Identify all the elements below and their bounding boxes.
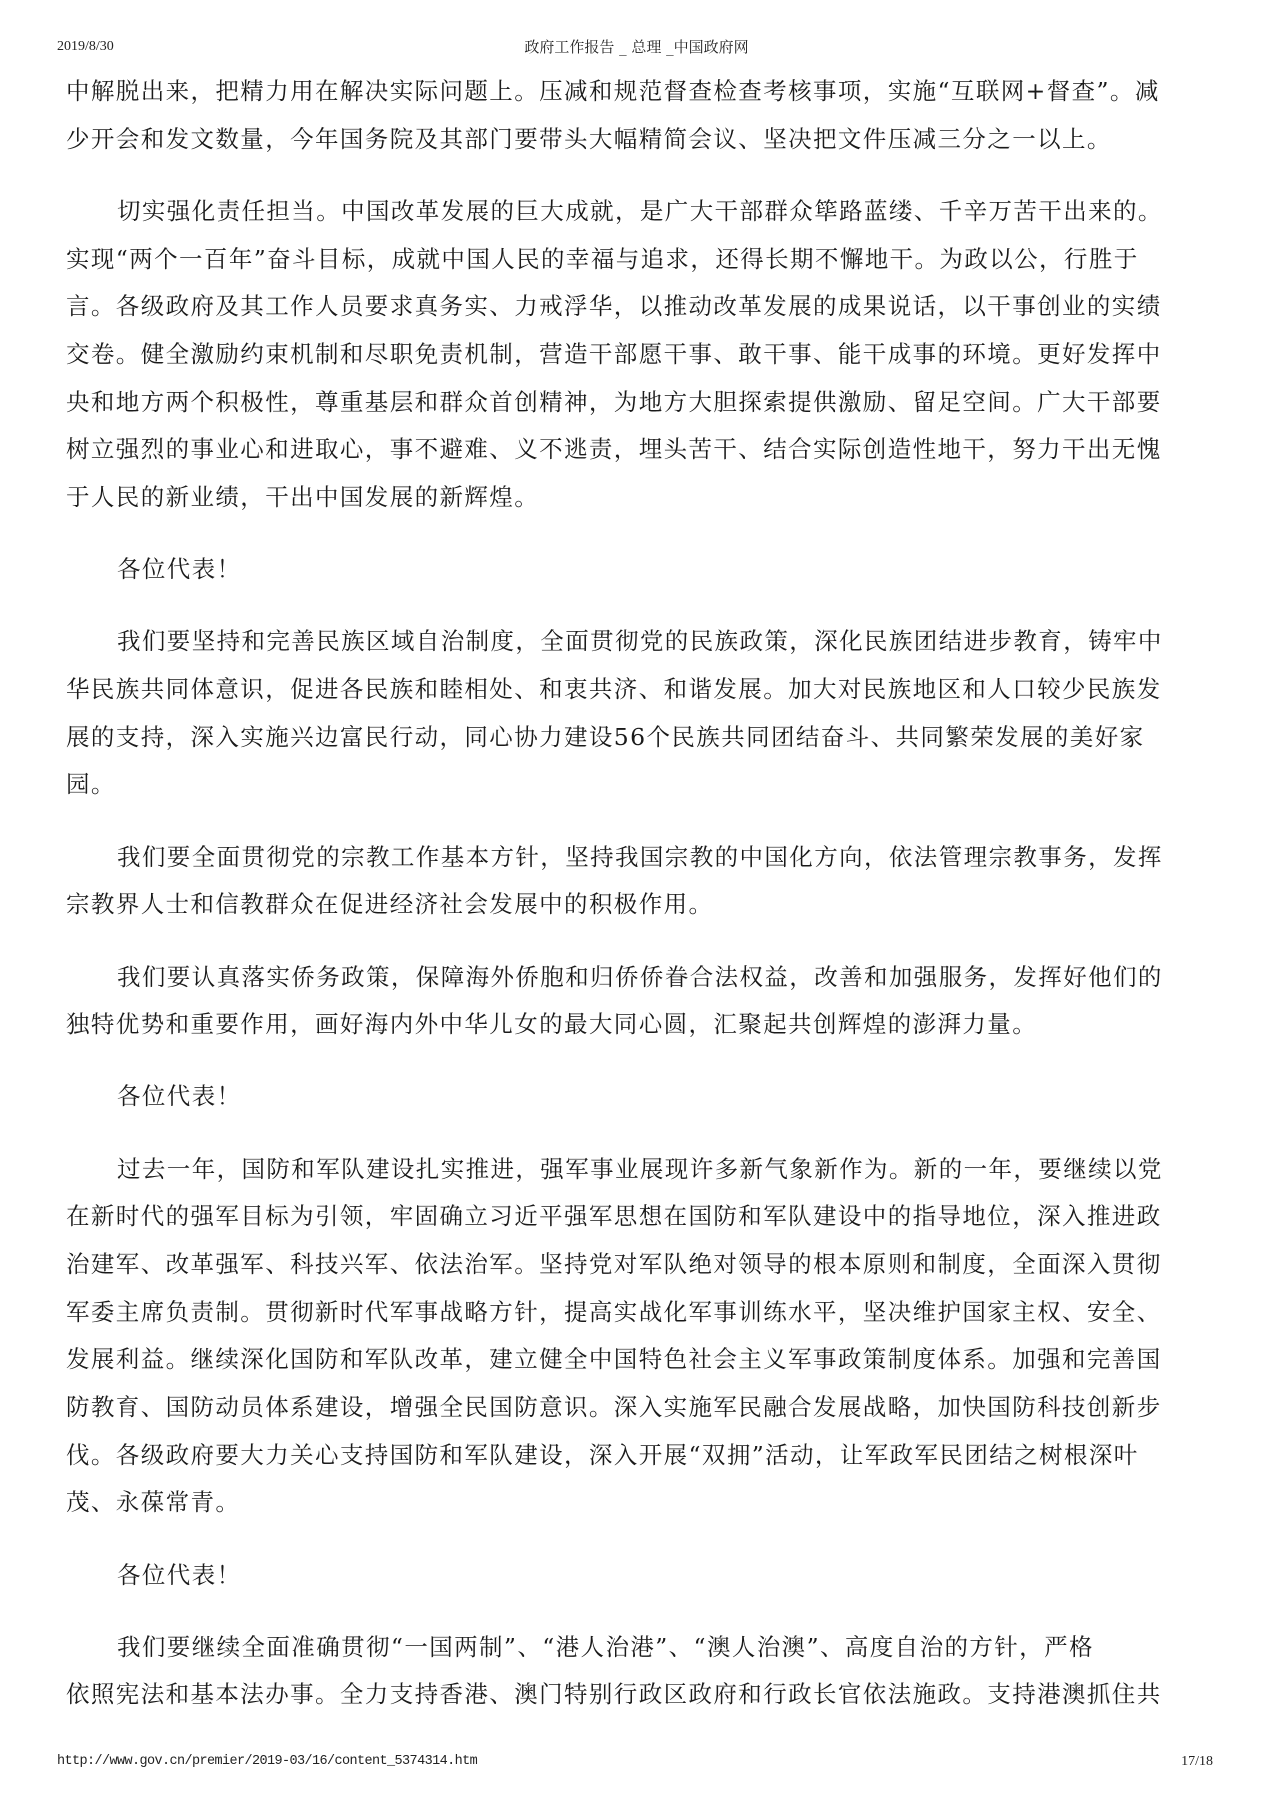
text-line: 交卷。健全激励约束机制和尽职免责机制，营造干部愿干事、敢干事、能干成事的环境。更… <box>66 331 1196 379</box>
text-line: 央和地方两个积极性，尊重基层和群众首创精神，为地方大胆探索提供激励、留足空间。广… <box>66 379 1196 427</box>
source-url: http://www.gov.cn/premier/2019-03/16/con… <box>57 1754 477 1770</box>
text-line: 独特优势和重要作用，画好海内外中华儿女的最大同心圆，汇聚起共创辉煌的澎湃力量。 <box>66 1001 1196 1049</box>
text-line: 过去一年，国防和军队建设扎实推进，强军事业展现许多新气象新作为。新的一年，要继续… <box>66 1146 1196 1194</box>
text-line: 治建军、改革强军、科技兴军、依法治军。坚持党对军队绝对领导的根本原则和制度，全面… <box>66 1241 1196 1289</box>
salutation: 各位代表！ <box>66 546 1196 594</box>
text-line: 园。 <box>66 761 1196 809</box>
text-line: 我们要认真落实侨务政策，保障海外侨胞和归侨侨眷合法权益，改善和加强服务，发挥好他… <box>66 954 1196 1002</box>
text-line: 各位代表！ <box>66 546 1196 594</box>
text-line: 依照宪法和基本法办事。全力支持香港、澳门特别行政区政府和行政长官依法施政。支持港… <box>66 1671 1196 1719</box>
page-title: 政府工作报告 _ 总理 _中国政府网 <box>0 38 1273 56</box>
paragraph: 我们要坚持和完善民族区域自治制度，全面贯彻党的民族政策，深化民族团结进步教育，铸… <box>66 618 1196 809</box>
text-line: 军委主席负责制。贯彻新时代军事战略方针，提高实战化军事训练水平，坚决维护国家主权… <box>66 1289 1196 1337</box>
text-line: 于人民的新业绩，干出中国发展的新辉煌。 <box>66 474 1196 522</box>
text-line: 宗教界人士和信教群众在促进经济社会发展中的积极作用。 <box>66 881 1196 929</box>
text-line: 言。各级政府及其工作人员要求真务实、力戒浮华，以推动改革发展的成果说话，以干事创… <box>66 283 1196 331</box>
text-line: 我们要全面贯彻党的宗教工作基本方针，坚持我国宗教的中国化方向，依法管理宗教事务，… <box>66 834 1196 882</box>
paragraph: 切实强化责任担当。中国改革发展的巨大成就，是广大干部群众筚路蓝缕、千辛万苦干出来… <box>66 188 1196 522</box>
text-line: 各位代表！ <box>66 1073 1196 1121</box>
salutation: 各位代表！ <box>66 1073 1196 1121</box>
text-line: 在新时代的强军目标为引领，牢固确立习近平强军思想在国防和军队建设中的指导地位，深… <box>66 1193 1196 1241</box>
paragraph: 过去一年，国防和军队建设扎实推进，强军事业展现许多新气象新作为。新的一年，要继续… <box>66 1146 1196 1528</box>
text-line: 切实强化责任担当。中国改革发展的巨大成就，是广大干部群众筚路蓝缕、千辛万苦干出来… <box>66 188 1196 236</box>
text-line: 中解脱出来，把精力用在解决实际问题上。压减和规范督查检查考核事项，实施“互联网+… <box>66 68 1196 116</box>
text-line: 实现“两个一百年”奋斗目标，成就中国人民的幸福与追求，还得长期不懈地干。为政以公… <box>66 236 1196 284</box>
page-number: 17/18 <box>1181 1754 1213 1770</box>
text-line: 树立强烈的事业心和进取心，事不避难、义不逃责，埋头苦干、结合实际创造性地干，努力… <box>66 426 1196 474</box>
text-line: 发展利益。继续深化国防和军队改革，建立健全中国特色社会主义军事政策制度体系。加强… <box>66 1336 1196 1384</box>
text-line: 各位代表！ <box>66 1552 1196 1600</box>
paragraph: 我们要全面贯彻党的宗教工作基本方针，坚持我国宗教的中国化方向，依法管理宗教事务，… <box>66 834 1196 929</box>
paragraph: 我们要继续全面准确贯彻“一国两制”、“港人治港”、“澳人治澳”、高度自治的方针，… <box>66 1624 1196 1719</box>
salutation: 各位代表！ <box>66 1552 1196 1600</box>
text-line: 防教育、国防动员体系建设，增强全民国防意识。深入实施军民融合发展战略，加快国防科… <box>66 1384 1196 1432</box>
text-line: 我们要坚持和完善民族区域自治制度，全面贯彻党的民族政策，深化民族团结进步教育，铸… <box>66 618 1196 666</box>
paragraph: 我们要认真落实侨务政策，保障海外侨胞和归侨侨眷合法权益，改善和加强服务，发挥好他… <box>66 954 1196 1049</box>
text-line: 华民族共同体意识，促进各民族和睦相处、和衷共济、和谐发展。加大对民族地区和人口较… <box>66 666 1196 714</box>
text-line: 展的支持，深入实施兴边富民行动，同心协力建设56个民族共同团结奋斗、共同繁荣发展… <box>66 714 1196 762</box>
text-line: 茂、永葆常青。 <box>66 1479 1196 1527</box>
text-line: 我们要继续全面准确贯彻“一国两制”、“港人治港”、“澳人治澳”、高度自治的方针，… <box>66 1624 1196 1672</box>
text-line: 伐。各级政府要大力关心支持国防和军队建设，深入开展“双拥”活动，让军政军民团结之… <box>66 1432 1196 1480</box>
paragraph: 中解脱出来，把精力用在解决实际问题上。压减和规范督查检查考核事项，实施“互联网+… <box>66 68 1196 163</box>
document-body: 中解脱出来，把精力用在解决实际问题上。压减和规范督查检查考核事项，实施“互联网+… <box>66 68 1196 1744</box>
text-line: 少开会和发文数量，今年国务院及其部门要带头大幅精简会议、坚决把文件压减三分之一以… <box>66 116 1196 164</box>
